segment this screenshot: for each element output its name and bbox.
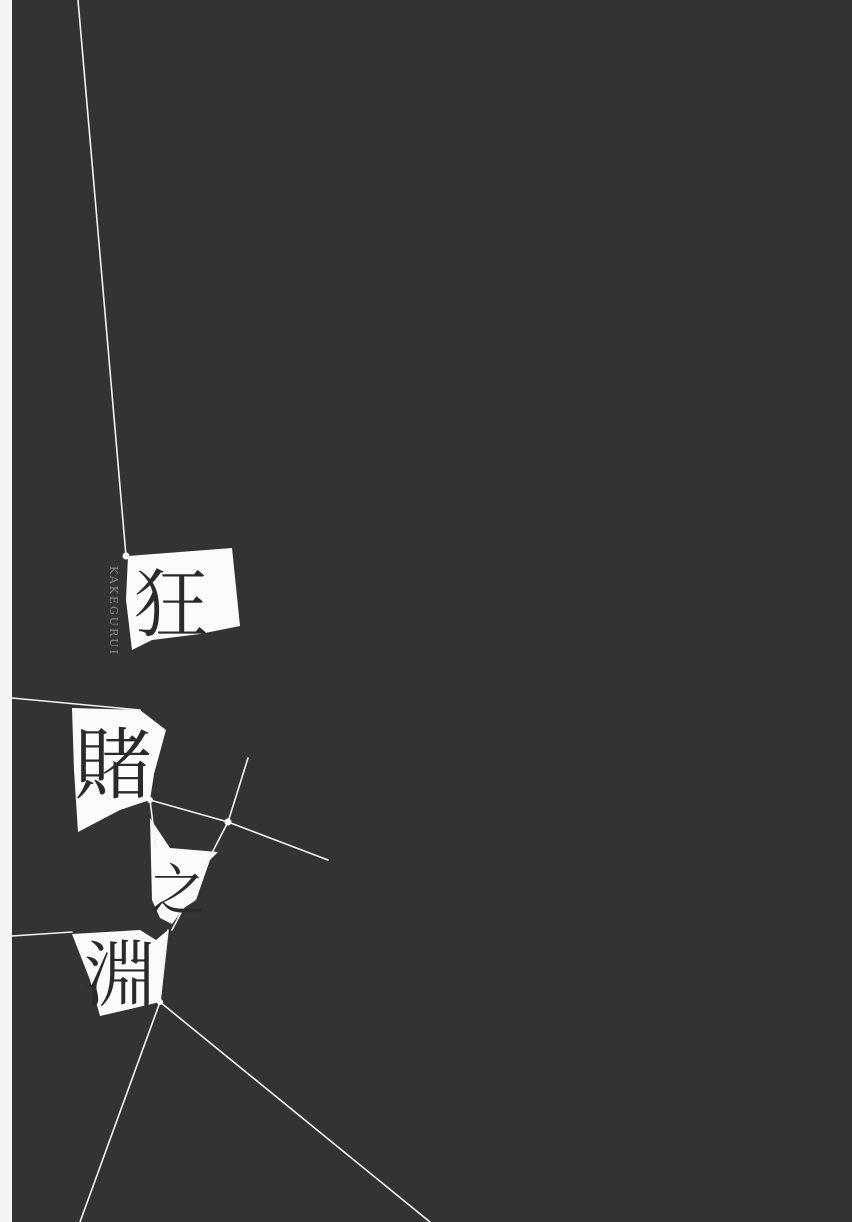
title-char-kyo: 狂: [134, 562, 208, 648]
title-romaji: KAKEGURUI: [107, 566, 120, 656]
title-char-to: 賭: [74, 721, 152, 811]
title-char-no: 之: [150, 859, 206, 924]
title-artwork: 狂 賭 之 淵 KAKEGURUI: [0, 0, 852, 1222]
title-char-en: 淵: [84, 933, 156, 1017]
